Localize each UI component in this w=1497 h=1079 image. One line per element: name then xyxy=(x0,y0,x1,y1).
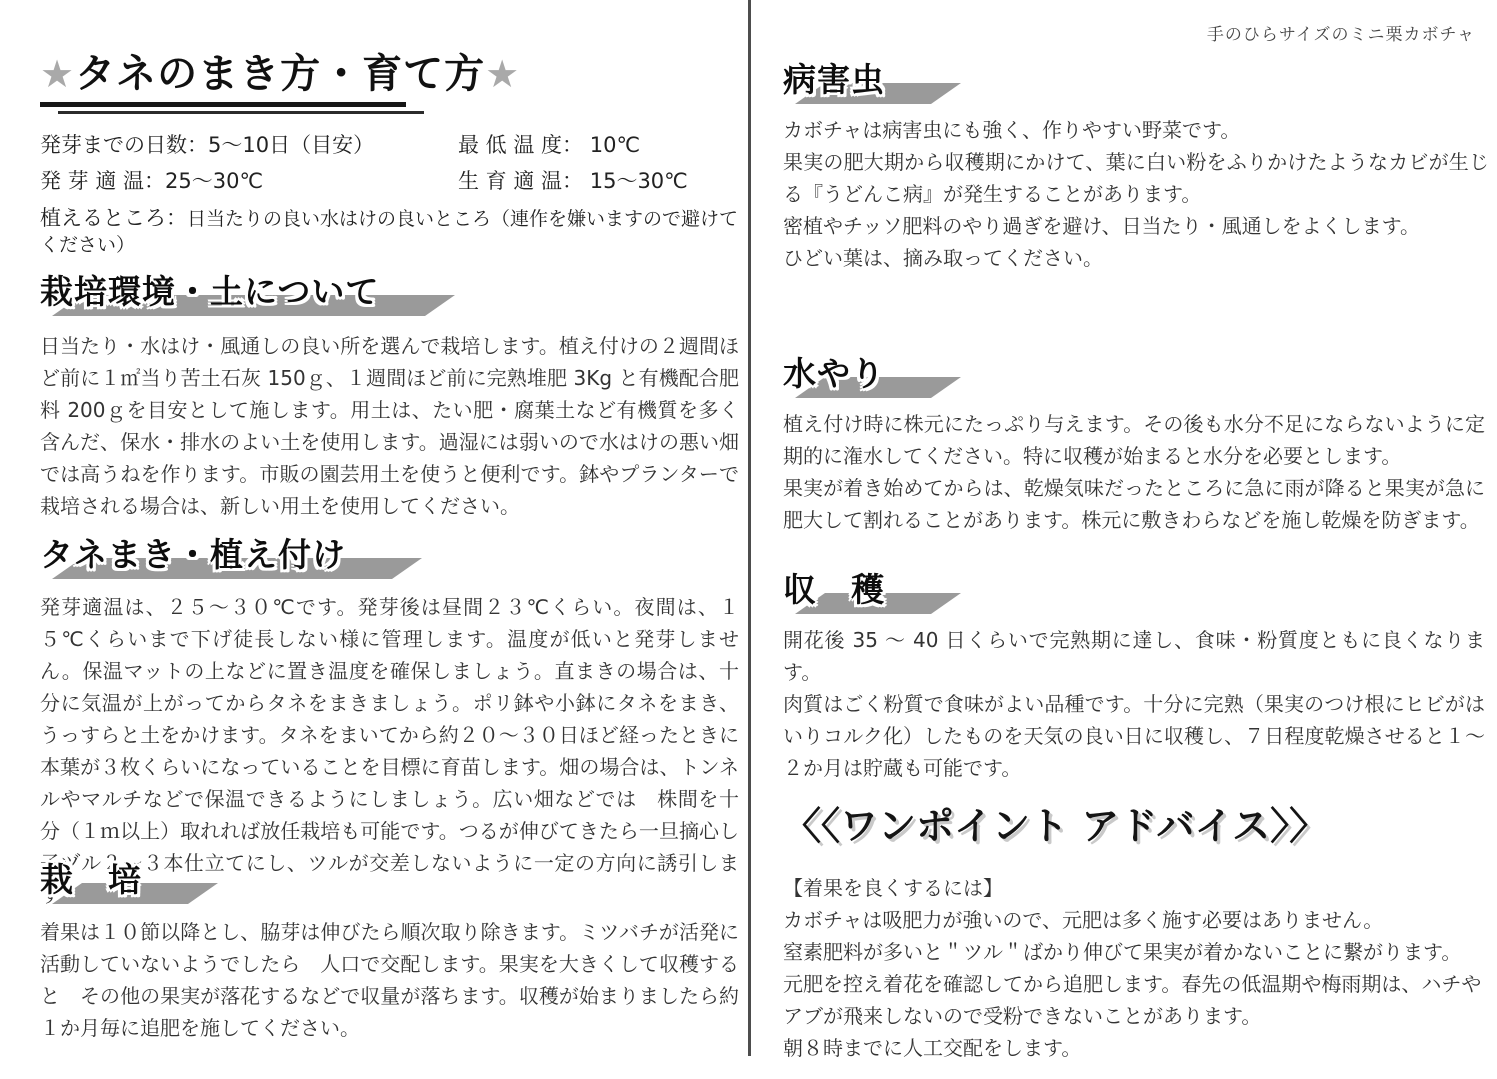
page-title-label: タネのまき方・育て方 xyxy=(75,51,485,97)
section-heading-label: 収 穫 xyxy=(783,570,885,609)
section-body-watering: 植え付け時に株元にたっぷり与えます。その後も水分不足にならないように定期的に潅水… xyxy=(783,408,1485,536)
paragraph: 日当たり・水はけ・風通しの良い所を選んで栽培します。植え付けの２週間ほど前に１㎡… xyxy=(40,330,739,522)
paragraph: 発芽適温は、２５〜３０℃です。発芽後は昼間２３℃くらい。夜間は、１５℃くらいまで… xyxy=(40,591,739,911)
page-note: 手のひらサイズのミニ栗カボチャ xyxy=(1207,20,1475,45)
star-icon: ★ xyxy=(485,52,520,96)
info-row-optimal-temps: 発 芽 適 温：25〜30℃ 生 育 適 温： 15〜30℃ xyxy=(40,168,740,194)
info-cell-germination-temp: 発 芽 適 温：25〜30℃ xyxy=(40,168,458,194)
section-heading-pests: 病害虫 xyxy=(783,54,885,101)
info-cell-planting-place: 植えるところ：日当たりの良い水はけの良いところ（連作を嫌いますので避けてください… xyxy=(40,205,740,259)
paragraph: ひどい葉は、摘み取ってください。 xyxy=(783,242,1489,274)
info-label: 発芽までの日数： xyxy=(40,133,208,157)
section-body-one-point-advice: 【着果を良くするには】 カボチャは吸肥力が強いので、元肥は多く施す必要はありませ… xyxy=(783,872,1493,1064)
section-heading-cultivation: 栽 培 xyxy=(40,854,142,901)
section-heading-label: 水やり xyxy=(783,354,885,393)
paragraph: 果実の肥大期から収穫期にかけて、葉に白い粉をふりかけたようなカビが生じる『うどん… xyxy=(783,146,1489,210)
star-icon: ★ xyxy=(40,52,75,96)
paragraph: 元肥を控え着花を確認してから追肥します。春先の低温期や梅雨期は、ハチやアブが飛来… xyxy=(783,968,1493,1032)
title-underline-bottom xyxy=(58,111,424,114)
section-heading-harvest: 収 穫 xyxy=(783,564,885,611)
info-row-planting-place: 植えるところ：日当たりの良い水はけの良いところ（連作を嫌いますので避けてください… xyxy=(40,205,740,259)
section-heading-watering: 水やり xyxy=(783,348,885,395)
paragraph: 開花後 35 〜 40 日くらいで完熟期に達し、食味・粉質度ともに良くなります。 xyxy=(783,624,1485,688)
page-title-text: ★タネのまき方・育て方★ xyxy=(40,42,440,99)
info-cell-germination-days: 発芽までの日数：5〜10日（目安） xyxy=(40,132,458,158)
info-cell-growth-temp: 生 育 適 温： 15〜30℃ xyxy=(458,168,740,194)
section-heading-sowing: タネまき・植え付け xyxy=(40,529,346,576)
paragraph: 果実が着き始めてからは、乾燥気味だったところに急に雨が降ると果実が急に肥大して割… xyxy=(783,472,1485,536)
column-divider xyxy=(748,0,751,1056)
paragraph: 窒素肥料が多いと＂ツル＂ばかり伸びて果実が着かないことに繋がります。 xyxy=(783,936,1493,968)
info-label: 植えるところ： xyxy=(40,206,187,230)
info-label: 発 芽 適 温： xyxy=(40,169,165,193)
paragraph: 朝８時までに人工交配をします。 xyxy=(783,1032,1493,1064)
section-body-soil: 日当たり・水はけ・風通しの良い所を選んで栽培します。植え付けの２週間ほど前に１㎡… xyxy=(40,330,739,522)
section-heading-soil: 栽培環境・土について xyxy=(40,266,379,313)
section-heading-label: 栽培環境・土について xyxy=(40,272,379,311)
section-body-sowing: 発芽適温は、２５〜３０℃です。発芽後は昼間２３℃くらい。夜間は、１５℃くらいまで… xyxy=(40,591,739,911)
section-heading-label: タネまき・植え付け xyxy=(40,535,346,574)
info-cell-min-temp: 最 低 温 度： 10℃ xyxy=(458,132,740,158)
info-row-days-temp: 発芽までの日数：5〜10日（目安） 最 低 温 度： 10℃ xyxy=(40,132,740,158)
section-heading-label: 栽 培 xyxy=(40,860,142,899)
paragraph: カボチャは吸肥力が強いので、元肥は多く施す必要はありません。 xyxy=(783,904,1493,936)
info-value: 25〜30℃ xyxy=(165,169,263,193)
info-label: 生 育 適 温： xyxy=(458,169,583,193)
paragraph: 着果は１０節以降とし、脇芽は伸びたら順次取り除きます。ミツバチが活発に活動してい… xyxy=(40,916,739,1044)
section-heading-one-point-advice: 〈〈ワンポイント アドバイス〉〉 xyxy=(783,795,1327,850)
info-value: 10℃ xyxy=(590,133,640,157)
title-underline-top xyxy=(40,102,406,107)
germination-info-table: 発芽までの日数：5〜10日（目安） 最 低 温 度： 10℃ 発 芽 適 温：2… xyxy=(40,132,740,268)
section-body-cultivation: 着果は１０節以降とし、脇芽は伸びたら順次取り除きます。ミツバチが活発に活動してい… xyxy=(40,916,739,1044)
info-value: 15〜30℃ xyxy=(590,169,688,193)
info-value: 5〜10日（目安） xyxy=(208,133,374,157)
info-label: 最 低 温 度： xyxy=(458,133,583,157)
section-body-harvest: 開花後 35 〜 40 日くらいで完熟期に達し、食味・粉質度ともに良くなります。… xyxy=(783,624,1485,784)
paragraph: 密植やチッソ肥料のやり過ぎを避け、日当たり・風通しをよくします。 xyxy=(783,210,1489,242)
paragraph: 【着果を良くするには】 xyxy=(783,872,1493,904)
section-heading-label: 病害虫 xyxy=(783,60,885,99)
paragraph: カボチャは病害虫にも強く、作りやすい野菜です。 xyxy=(783,114,1489,146)
section-body-pests: カボチャは病害虫にも強く、作りやすい野菜です。 果実の肥大期から収穫期にかけて、… xyxy=(783,114,1489,274)
paragraph: 植え付け時に株元にたっぷり与えます。その後も水分不足にならないように定期的に潅水… xyxy=(783,408,1485,472)
page-title: ★タネのまき方・育て方★ xyxy=(40,42,440,99)
paragraph: 肉質はごく粉質で食味がよい品種です。十分に完熟（果実のつけ根にヒビがはいりコルク… xyxy=(783,688,1485,784)
